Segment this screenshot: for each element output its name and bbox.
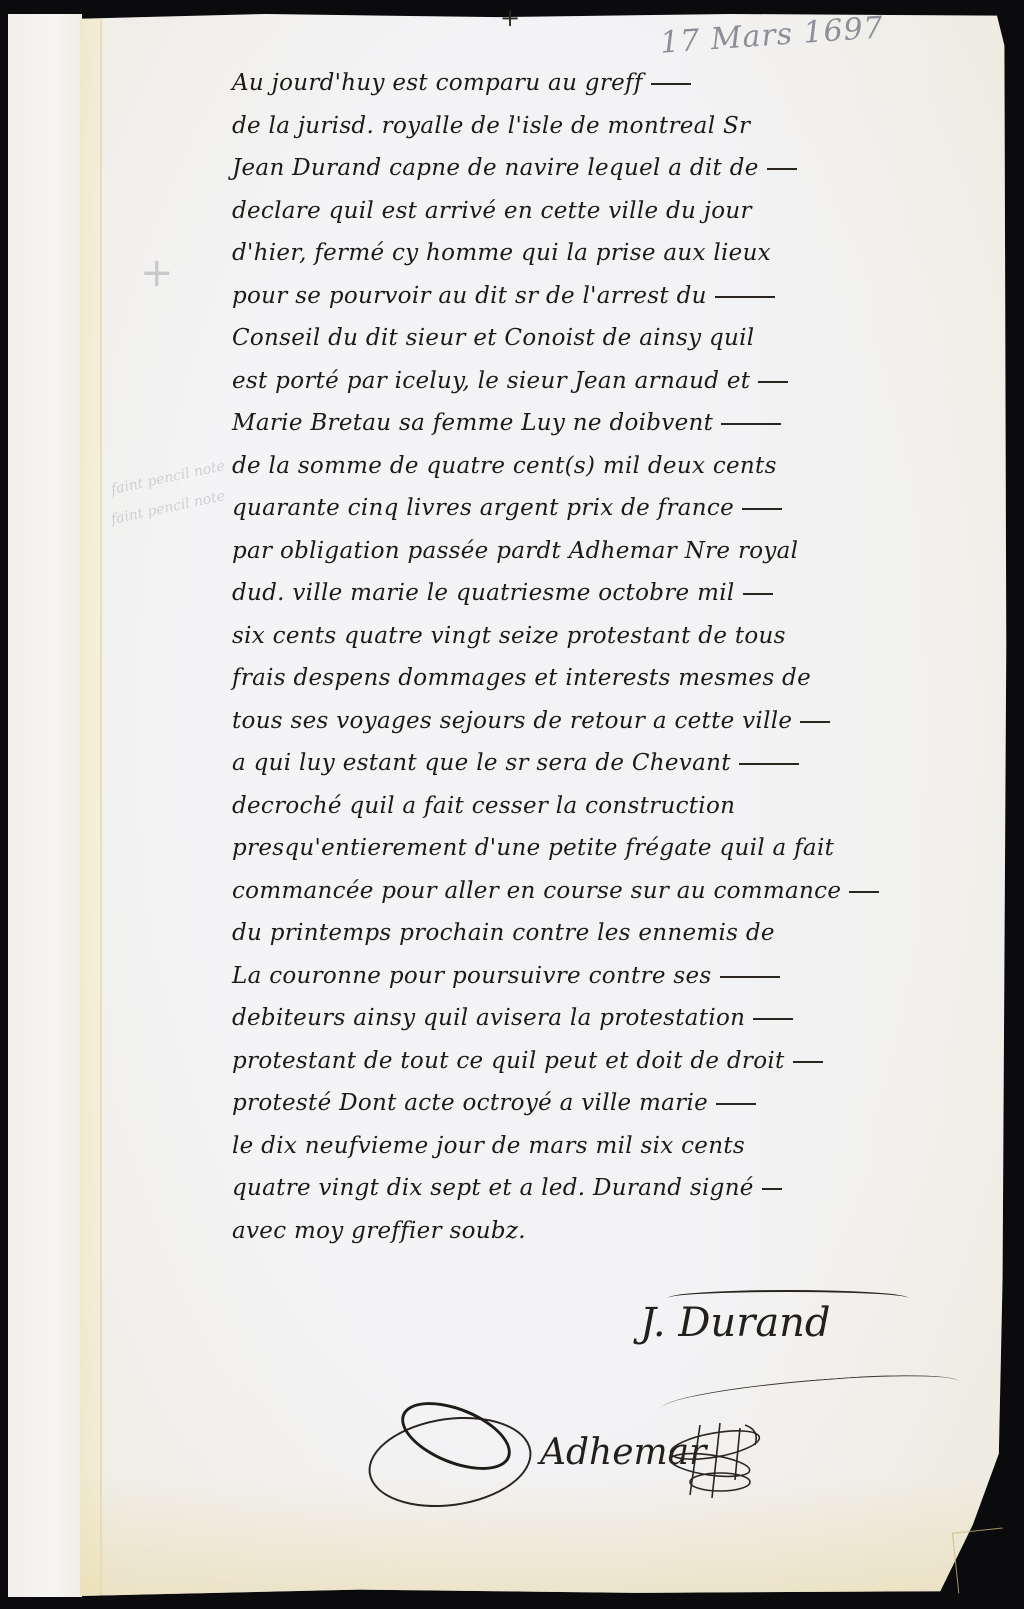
text-line: declare quil est arrivé en cette ville d… — [232, 190, 992, 233]
line-dash — [739, 763, 799, 765]
line-dash — [849, 891, 879, 893]
text-line: six cents quatre vingt seize protestant … — [232, 615, 992, 658]
line-text: d'hier, fermé cy homme qui la prise aux … — [232, 240, 771, 266]
left-flap-leaf — [8, 14, 82, 1597]
line-text: de la somme de quatre cent(s) mil deux c… — [232, 453, 777, 479]
line-text: presqu'entierement d'une petite frégate … — [232, 835, 834, 861]
line-text: protestant de tout ce quil peut et doit … — [232, 1048, 785, 1074]
text-line: frais despens dommages et interests mesm… — [232, 657, 992, 700]
line-dash — [753, 1018, 793, 1020]
line-text: de la jurisd. royalle de l'isle de montr… — [232, 113, 750, 139]
line-text: quatre vingt dix sept et a led. Durand s… — [232, 1175, 754, 1201]
text-line: de la somme de quatre cent(s) mil deux c… — [232, 445, 992, 488]
text-line: decroché quil a fait cesser la construct… — [232, 785, 992, 828]
text-line: commancée pour aller en course sur au co… — [232, 870, 992, 913]
line-dash — [651, 83, 691, 85]
line-text: Jean Durand capne de navire lequel a dit… — [232, 155, 759, 181]
line-text: six cents quatre vingt seize protestant … — [232, 623, 786, 649]
text-line: pour se pourvoir au dit sr de l'arrest d… — [232, 275, 992, 318]
line-text: Conseil du dit sieur et Conoist de ainsy… — [232, 325, 754, 351]
text-line: par obligation passée pardt Adhemar Nre … — [232, 530, 992, 573]
line-dash — [720, 976, 780, 978]
manuscript-body: Au jourd'huy est comparu au greff de la … — [232, 62, 992, 1252]
text-line: La couronne pour poursuivre contre ses — [232, 955, 992, 998]
line-text: La couronne pour poursuivre contre ses — [232, 963, 712, 989]
text-line: protesté Dont acte octroyé a ville marie — [232, 1082, 992, 1125]
line-text: quarante cinq livres argent prix de fran… — [232, 495, 734, 521]
text-line: a qui luy estant que le sr sera de Cheva… — [232, 742, 992, 785]
text-line: de la jurisd. royalle de l'isle de montr… — [232, 105, 992, 148]
text-line: avec moy greffier soubz. — [232, 1210, 992, 1253]
line-dash — [800, 721, 830, 723]
line-text: declare quil est arrivé en cette ville d… — [232, 198, 752, 224]
text-line: Au jourd'huy est comparu au greff — [232, 62, 992, 105]
notarial-paraph-icon — [660, 1420, 780, 1500]
line-text: par obligation passée pardt Adhemar Nre … — [232, 538, 798, 564]
text-line: presqu'entierement d'une petite frégate … — [232, 827, 992, 870]
text-line: du printemps prochain contre les ennemis… — [232, 912, 992, 955]
scanned-manuscript: + 17 Mars 1697 + faint pencil note faint… — [0, 0, 1024, 1609]
text-line: protestant de tout ce quil peut et doit … — [232, 1040, 992, 1083]
torn-corner — [952, 1528, 1009, 1594]
line-text: est porté par iceluy, le sieur Jean arna… — [232, 368, 750, 394]
line-text: commancée pour aller en course sur au co… — [232, 878, 841, 904]
line-text: debiteurs ainsy quil avisera la protesta… — [232, 1005, 745, 1031]
line-text: a qui luy estant que le sr sera de Cheva… — [232, 750, 731, 776]
line-dash — [762, 1188, 782, 1190]
line-text: le dix neufvieme jour de mars mil six ce… — [232, 1133, 745, 1159]
line-dash — [721, 423, 781, 425]
line-dash — [767, 168, 797, 170]
text-line: Jean Durand capne de navire lequel a dit… — [232, 147, 992, 190]
line-dash — [715, 296, 775, 298]
line-text: Marie Bretau sa femme Luy ne doibvent — [232, 410, 713, 436]
line-text: pour se pourvoir au dit sr de l'arrest d… — [232, 283, 707, 309]
text-line: quarante cinq livres argent prix de fran… — [232, 487, 992, 530]
text-line: est porté par iceluy, le sieur Jean arna… — [232, 360, 992, 403]
text-line: debiteurs ainsy quil avisera la protesta… — [232, 997, 992, 1040]
line-text: dud. ville marie le quatriesme octobre m… — [232, 580, 735, 606]
line-text: Au jourd'huy est comparu au greff — [232, 70, 643, 96]
text-line: quatre vingt dix sept et a led. Durand s… — [232, 1167, 992, 1210]
signature-durand: J. Durand — [640, 1300, 831, 1346]
line-dash — [743, 593, 773, 595]
line-dash — [742, 508, 782, 510]
text-line: Marie Bretau sa femme Luy ne doibvent — [232, 402, 992, 445]
line-dash — [793, 1061, 823, 1063]
line-dash — [716, 1103, 756, 1105]
line-dash — [758, 381, 788, 383]
text-line: dud. ville marie le quatriesme octobre m… — [232, 572, 992, 615]
margin-pencil-cross-icon: + — [140, 250, 174, 296]
line-text: du printemps prochain contre les ennemis… — [232, 920, 775, 946]
line-text: frais despens dommages et interests mesm… — [232, 665, 811, 691]
text-line: Conseil du dit sieur et Conoist de ainsy… — [232, 317, 992, 360]
text-line: tous ses voyages sejours de retour a cet… — [232, 700, 992, 743]
fold-line — [100, 14, 102, 1596]
line-text: avec moy greffier soubz. — [232, 1218, 526, 1244]
text-line: d'hier, fermé cy homme qui la prise aux … — [232, 232, 992, 275]
line-text: tous ses voyages sejours de retour a cet… — [232, 708, 792, 734]
line-text: decroché quil a fait cesser la construct… — [232, 793, 735, 819]
text-line: le dix neufvieme jour de mars mil six ce… — [232, 1125, 992, 1168]
cross-mark-icon: + — [500, 4, 520, 32]
line-text: protesté Dont acte octroyé a ville marie — [232, 1090, 708, 1116]
